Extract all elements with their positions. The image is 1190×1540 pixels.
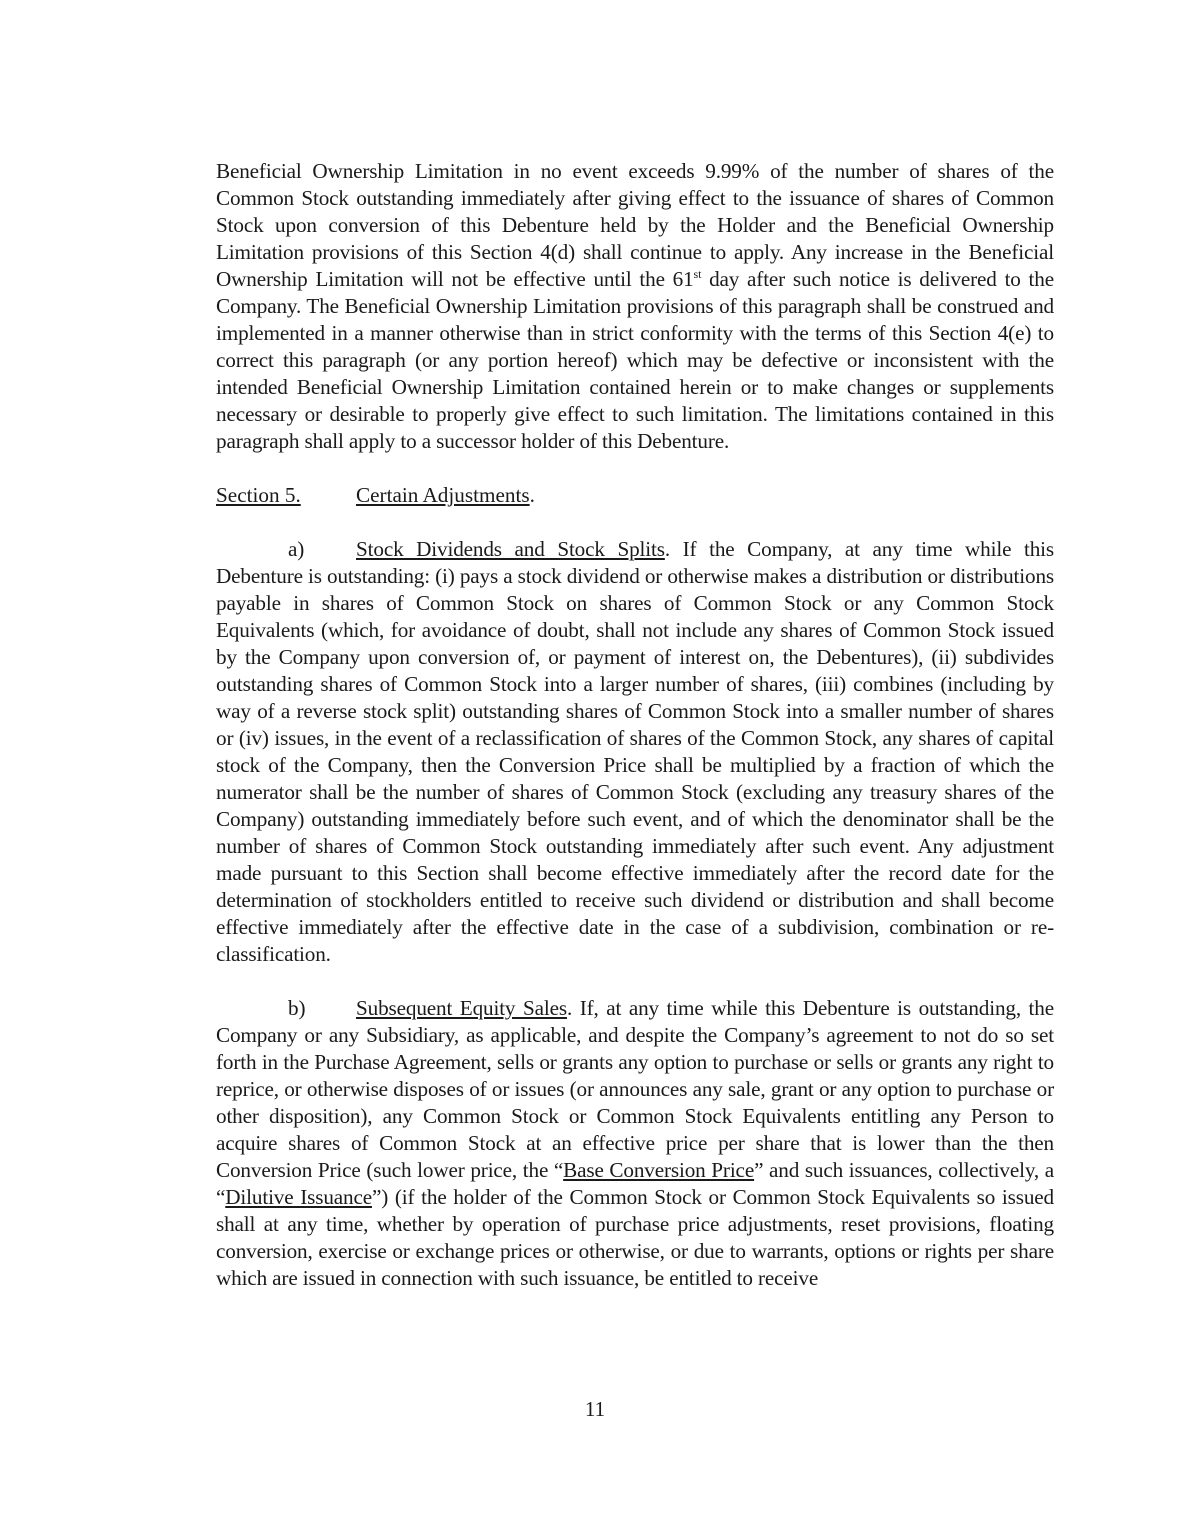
subsection-b-heading: Subsequent Equity Sales [356,996,567,1020]
defined-term-dilutive-issuance: Dilutive Issuance [225,1185,372,1209]
subsection-b-label: b) [216,995,356,1022]
page-number: 11 [0,1397,1190,1422]
defined-term-base-conversion-price: Base Conversion Price [563,1158,754,1182]
section-title: Certain Adjustments [356,483,530,507]
section-5-heading: Section 5. Certain Adjustments. [216,482,1054,509]
subsection-a-paragraph: a)Stock Dividends and Stock Splits. If t… [216,536,1054,968]
document-page: Beneficial Ownership Limitation in no ev… [216,158,1054,1292]
carryover-paragraph: Beneficial Ownership Limitation in no ev… [216,158,1054,455]
subsection-a-label: a) [216,536,356,563]
section-number: Section 5. [216,483,301,507]
subsection-b-paragraph: b)Subsequent Equity Sales. If, at any ti… [216,995,1054,1292]
subsection-a-heading: Stock Dividends and Stock Splits [356,537,665,561]
subsection-a-body: If the Company, at any time while this D… [216,537,1054,966]
subsection-b-body-1: If, at any time while this Debenture is … [216,996,1054,1182]
carryover-text-part-2: day after such notice is delivered to th… [216,267,1054,453]
